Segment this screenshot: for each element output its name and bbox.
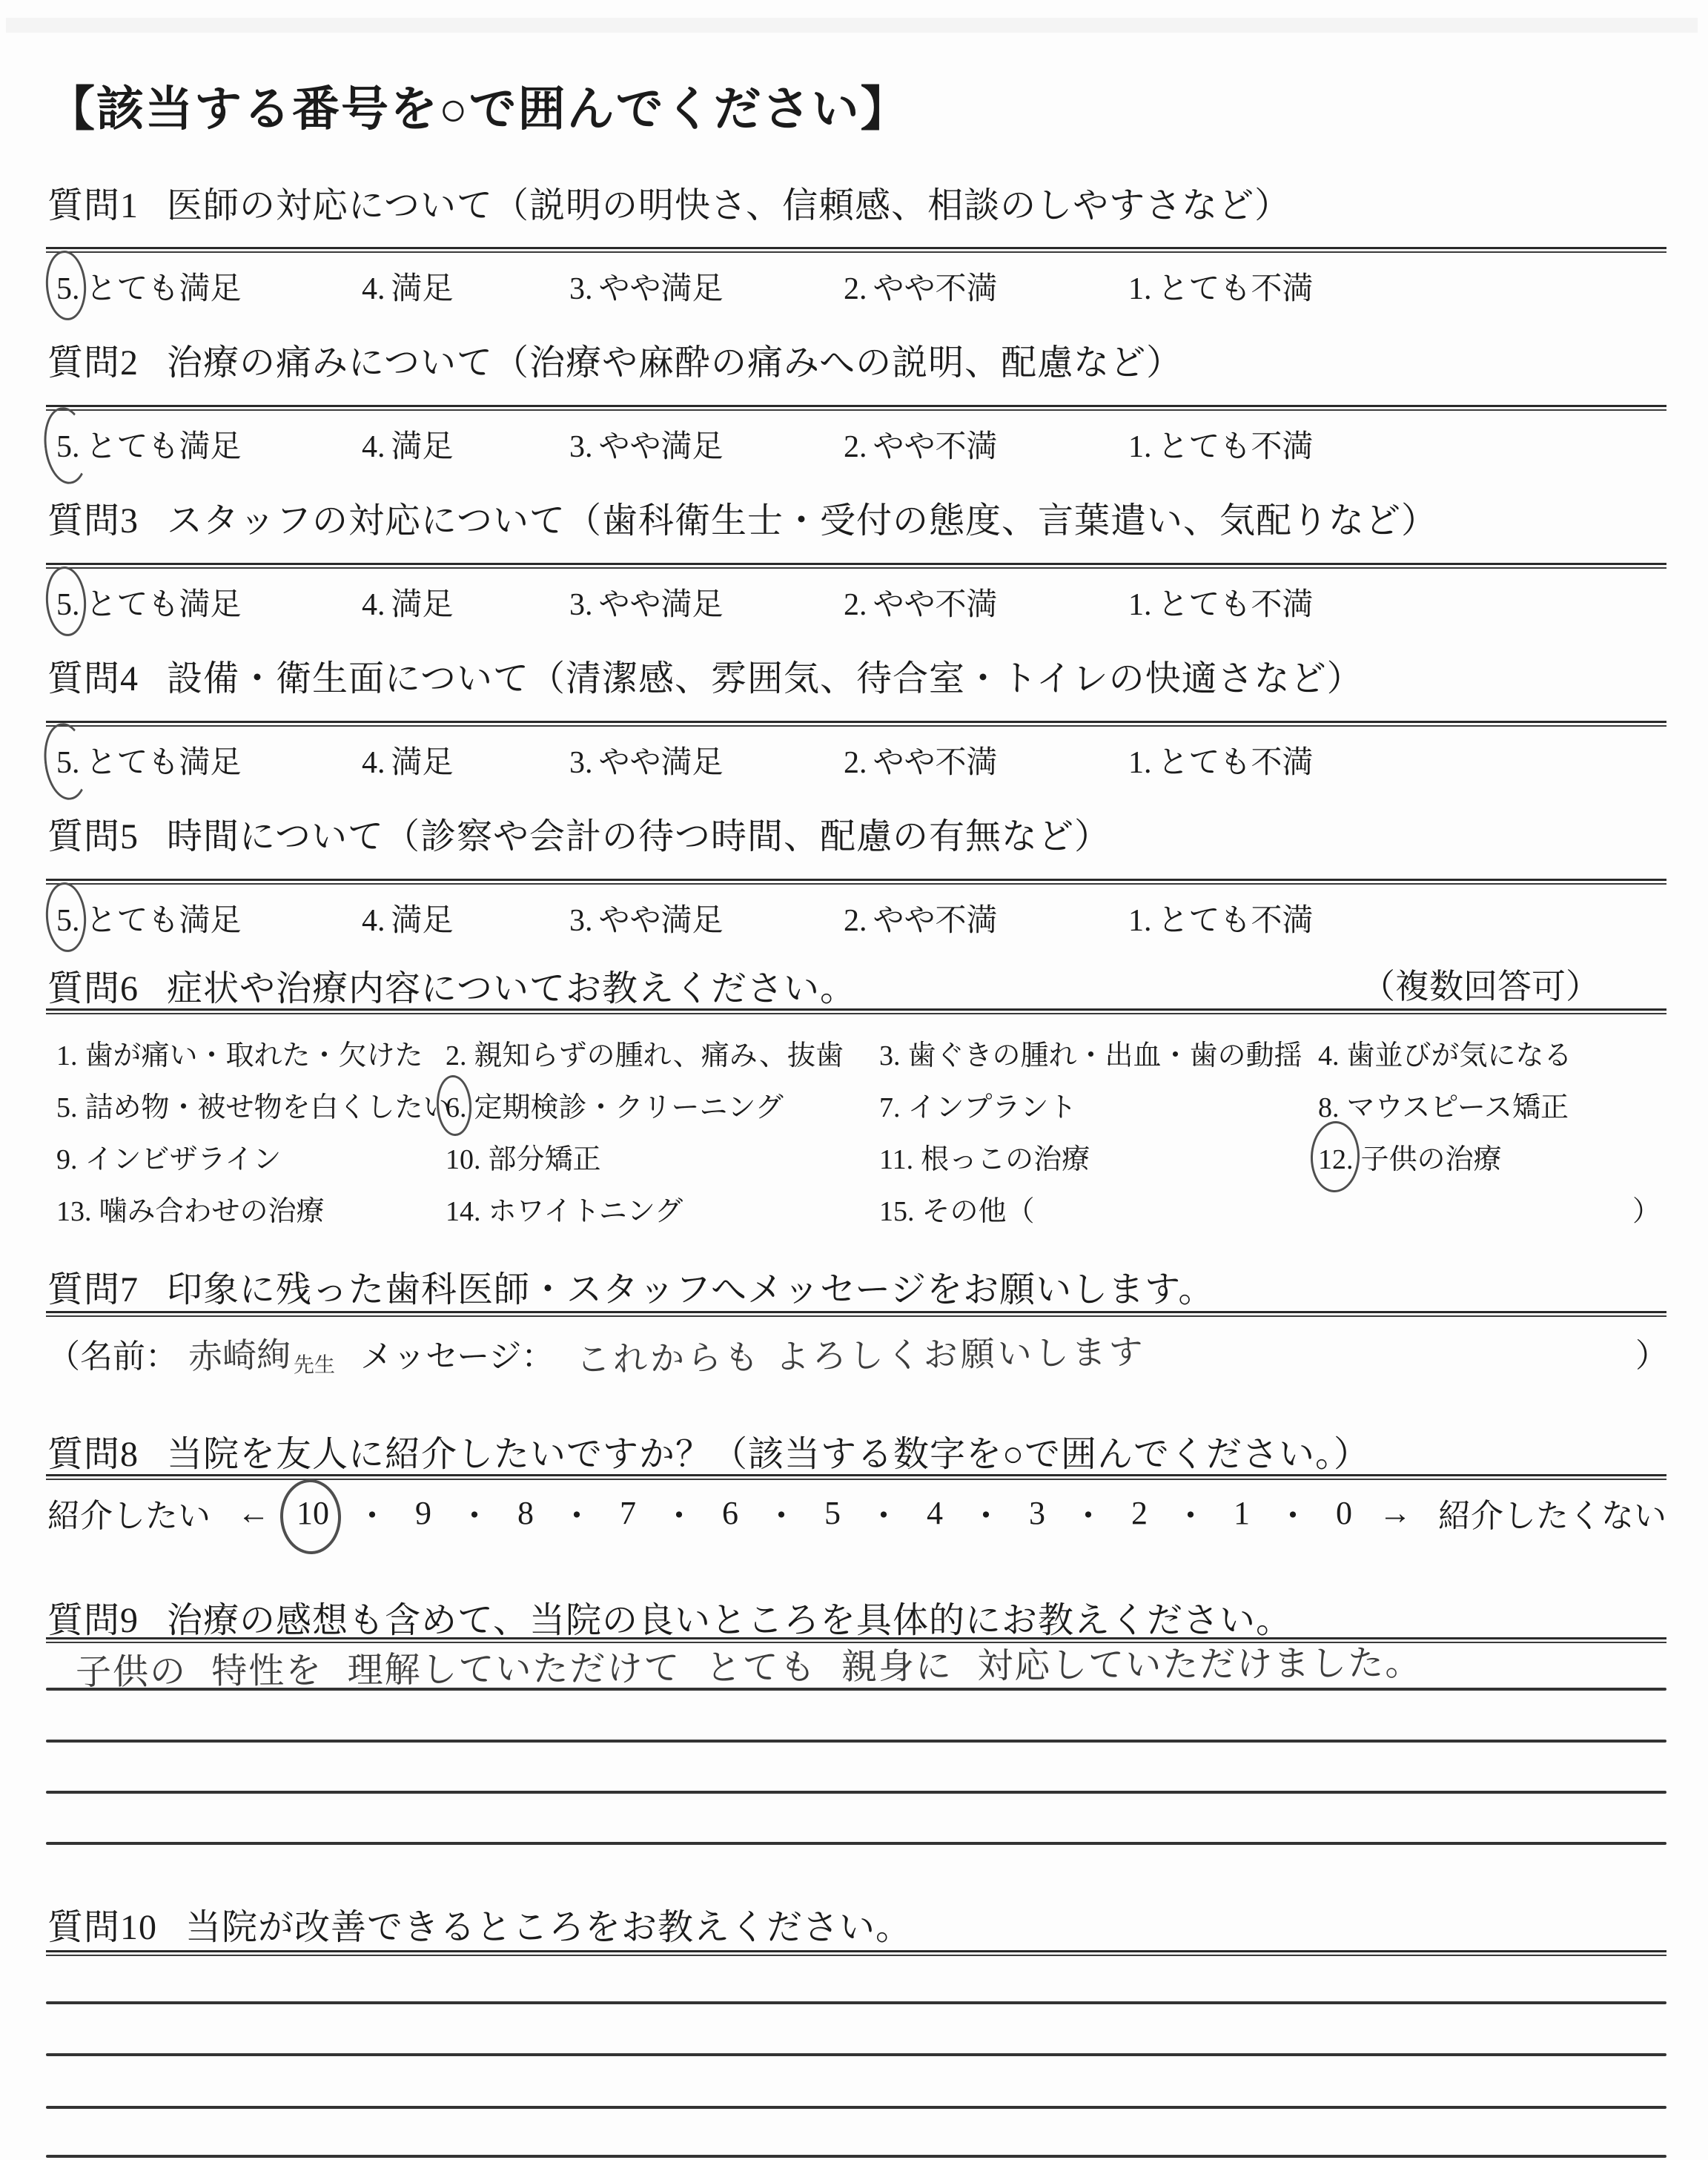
q5-heading: 質問5時間について（診察や会計の待つ時間、配慮の有無など）: [47, 807, 1110, 859]
q6-items-row3: 9.インビザライン 10.部分矯正 11.根っこの治療 12.子供の治療: [56, 1136, 1665, 1177]
option-label: 満足: [391, 746, 454, 780]
q7-rule: [46, 1311, 1666, 1317]
q9-answer-handwriting: 子供の 特性を 理解していただけて とても 親身に 対応していただけました。: [76, 1634, 1423, 1695]
q8-scale-6: 6: [722, 1494, 738, 1532]
option-label: とても満足: [86, 588, 242, 622]
q5-rule: [46, 879, 1666, 885]
q6-items-row2: 5.詰め物・被せ物を白くしたい 6.定期検診・クリーニング 7.インプラント 8…: [56, 1084, 1665, 1125]
q7-answer-row: （名前：赤崎絢先生メッセージ：これからも よろしくお願いします ）: [47, 1329, 1668, 1378]
item-number: 13.: [56, 1196, 92, 1227]
item-number: 14.: [446, 1196, 481, 1227]
option-number: 3.: [569, 746, 593, 780]
item-label: 噛み合わせの治療: [99, 1196, 325, 1227]
option-1: 1.とても不満: [1128, 264, 1665, 308]
dot-separator: ・: [356, 1489, 388, 1536]
option-5: 5.とても満足: [56, 422, 362, 466]
q3-text: スタッフの対応について（歯科衛生士・受付の態度、言葉遣い、気配りなど）: [167, 501, 1437, 541]
option-number: 2.: [844, 746, 867, 780]
q7-close-paren: ）: [1635, 1329, 1668, 1376]
q7-message-handwriting: これからも よろしくお願いします: [576, 1325, 1146, 1382]
item-label: 歯並びが気になる: [1347, 1040, 1572, 1071]
option-5: 5.とても満足: [56, 580, 362, 624]
option-label: とても満足: [86, 746, 242, 780]
q6-number: 質問6: [47, 969, 139, 1008]
item-number: 5.: [56, 1092, 78, 1123]
option-3: 3.やや満足: [569, 422, 844, 466]
option-3: 3.やや満足: [569, 264, 844, 308]
q5-options: 5.とても満足 4.満足 3.やや満足 2.やや不満 1.とても不満: [56, 896, 1665, 940]
option-label: とても満足: [86, 430, 242, 464]
q10-text: 当院が改善できるところをお教えください。: [185, 1908, 912, 1947]
option-number: 4.: [362, 746, 385, 780]
option-label: とても不満: [1158, 430, 1314, 464]
option-label: とても不満: [1158, 746, 1314, 780]
q2-text: 治療の痛みについて（治療や麻酔の痛みへの説明、配慮など）: [167, 343, 1182, 383]
item-number: 10.: [446, 1144, 481, 1175]
answer-line: [46, 1740, 1666, 1743]
q2-heading: 質問2治療の痛みについて（治療や麻酔の痛みへの説明、配慮など）: [47, 334, 1182, 385]
item-label: インビザライン: [85, 1144, 282, 1175]
q9-heading: 質問9治療の感想も含めて、当院の良いところを具体的にお教えください。: [47, 1591, 1292, 1642]
option-label: とても不満: [1158, 588, 1314, 622]
q7-message-label: メッセージ：: [360, 1338, 554, 1375]
option-4: 4.満足: [362, 580, 569, 624]
option-label: やや不満: [873, 904, 998, 938]
option-label: 満足: [391, 430, 454, 464]
q7-name-handwriting: 赤崎絢: [188, 1327, 291, 1379]
q1-text: 医師の対応について（説明の明快さ、信頼感、相談のしやすさなど）: [167, 186, 1291, 225]
q2-options: 5.とても満足 4.満足 3.やや満足 2.やや不満 1.とても不満: [56, 422, 1665, 466]
option-1: 1.とても不満: [1128, 580, 1665, 624]
option-number: 1.: [1128, 430, 1152, 464]
answer-line: [46, 2001, 1666, 2004]
item-label: 詰め物・被せ物を白くしたい: [85, 1092, 451, 1123]
q2-number: 質問2: [47, 343, 139, 383]
item-label: 歯ぐきの腫れ・出血・歯の動揺: [908, 1040, 1302, 1071]
answer-line: [46, 2053, 1666, 2056]
form-title: 【該当する番号を○で囲んでください】: [47, 71, 910, 139]
option-4: 4.満足: [362, 264, 569, 308]
item-number: 3.: [879, 1040, 901, 1071]
dot-separator: ・: [970, 1489, 1002, 1536]
item-number: 7.: [879, 1092, 901, 1123]
q4-text: 設備・衛生面について（清潔感、雰囲気、待合室・トイレの快適さなど）: [167, 659, 1363, 698]
q7-heading: 質問7印象に残った歯科医師・スタッフへメッセージをお願いします。: [47, 1261, 1214, 1312]
option-3: 3.やや満足: [569, 580, 844, 624]
answer-line: [46, 2155, 1666, 2158]
option-number: 2.: [844, 272, 867, 306]
q6-text: 症状や治療内容についてお教えください。: [167, 969, 856, 1008]
dot-separator: ・: [867, 1489, 900, 1536]
circled-number: 5.: [56, 745, 80, 781]
answer-line: [46, 1842, 1666, 1845]
item-label: インプラント: [908, 1092, 1077, 1123]
q6-item-2: 2.親知らずの腫れ、痛み、抜歯: [446, 1032, 879, 1073]
option-label: やや満足: [599, 746, 724, 780]
option-2: 2.やや不満: [844, 422, 1128, 466]
q8-scale-4: 4: [927, 1494, 943, 1532]
q3-rule: [46, 563, 1666, 569]
item-number: 11.: [879, 1144, 913, 1175]
q6-item-7: 7.インプラント: [879, 1084, 1318, 1125]
q8-scale-8: 8: [517, 1494, 534, 1532]
survey-form-page: 【該当する番号を○で囲んでください】 質問1医師の対応について（説明の明快さ、信…: [0, 0, 1708, 2160]
q6-item-6: 6.定期検診・クリーニング: [446, 1084, 879, 1125]
q3-heading: 質問3スタッフの対応について（歯科衛生士・受付の態度、言葉遣い、気配りなど）: [47, 492, 1437, 543]
q8-text: 当院を友人に紹介したいですか？（該当する数字を○で囲んでください。）: [167, 1435, 1370, 1474]
dot-separator: ・: [765, 1489, 798, 1536]
item-label: 部分矯正: [489, 1144, 601, 1175]
item-label: 子供の治療: [1361, 1144, 1502, 1175]
q9-number: 質問9: [47, 1601, 139, 1640]
q2-rule: [46, 405, 1666, 411]
option-number: 3.: [569, 588, 593, 622]
q6-other-close-paren: ）: [1632, 1188, 1661, 1229]
item-number: 1.: [56, 1040, 78, 1071]
answer-line: [46, 2106, 1666, 2109]
option-label: とても不満: [1158, 272, 1314, 306]
q8-scale-0: 0: [1336, 1494, 1352, 1532]
option-label: やや不満: [873, 746, 998, 780]
q6-items-row1: 1.歯が痛い・取れた・欠けた 2.親知らずの腫れ、痛み、抜歯 3.歯ぐきの腫れ・…: [56, 1032, 1665, 1073]
option-4: 4.満足: [362, 738, 569, 782]
dot-separator: ・: [1072, 1489, 1105, 1536]
option-number: 1.: [1128, 588, 1152, 622]
q6-item-14: 14.ホワイトニング: [446, 1188, 879, 1229]
q8-scale-3: 3: [1029, 1494, 1045, 1532]
option-1: 1.とても不満: [1128, 738, 1665, 782]
circled-number: 5.: [56, 903, 80, 939]
dot-separator: ・: [663, 1489, 695, 1536]
q8-right-label: 紹介したくない: [1438, 1489, 1666, 1536]
q6-note: （複数回答可）: [1361, 960, 1600, 1008]
q9-text: 治療の感想も含めて、当院の良いところを具体的にお教えください。: [167, 1601, 1292, 1640]
option-5: 5.とても満足: [56, 264, 362, 308]
circled-number: 5.: [56, 587, 80, 623]
scan-artifact: [6, 18, 1698, 33]
answer-line: [46, 1688, 1666, 1691]
option-number: 3.: [569, 430, 593, 464]
dot-separator: ・: [1174, 1489, 1207, 1536]
option-label: やや満足: [599, 430, 724, 464]
option-5: 5.とても満足: [56, 896, 362, 940]
item-label: マウスピース矯正: [1347, 1092, 1569, 1123]
q8-scale-row: 紹介したい ← 10 ・ 9 ・ 8 ・ 7 ・ 6 ・ 5 ・ 4 ・ 3 ・…: [47, 1489, 1666, 1536]
option-number: 2.: [844, 588, 867, 622]
right-arrow-icon: →: [1379, 1494, 1411, 1532]
dot-separator: ・: [458, 1489, 491, 1536]
item-number: 4.: [1318, 1040, 1340, 1071]
option-2: 2.やや不満: [844, 896, 1128, 940]
q6-item-11: 11.根っこの治療: [879, 1136, 1318, 1177]
q6-items-row4: 13.噛み合わせの治療 14.ホワイトニング 15.その他（ ）: [56, 1188, 1665, 1229]
option-label: とても不満: [1158, 904, 1314, 938]
option-number: 2.: [844, 904, 867, 938]
circled-number: 10: [297, 1494, 329, 1532]
option-label: やや不満: [873, 272, 998, 306]
q8-scale-2: 2: [1131, 1494, 1148, 1532]
q4-options: 5.とても満足 4.満足 3.やや満足 2.やや不満 1.とても不満: [56, 738, 1665, 782]
q8-scale-1: 1: [1234, 1494, 1250, 1532]
circled-number: 12.: [1318, 1143, 1354, 1176]
q10-rule: [46, 1950, 1666, 1956]
option-1: 1.とても不満: [1128, 422, 1665, 466]
option-number: 4.: [362, 588, 385, 622]
q6-item-3: 3.歯ぐきの腫れ・出血・歯の動揺: [879, 1032, 1318, 1073]
q1-rule: [46, 247, 1666, 253]
option-5: 5.とても満足: [56, 738, 362, 782]
option-number: 1.: [1128, 904, 1152, 938]
q5-number: 質問5: [47, 817, 139, 856]
q1-options: 5.とても満足 4.満足 3.やや満足 2.やや不満 1.とても不満: [56, 264, 1665, 308]
q6-item-10: 10.部分矯正: [446, 1136, 879, 1177]
option-number: 4.: [362, 272, 385, 306]
option-number: 4.: [362, 430, 385, 464]
q6-rule: [46, 1008, 1666, 1014]
option-4: 4.満足: [362, 422, 569, 466]
option-1: 1.とても不満: [1128, 896, 1665, 940]
option-label: とても満足: [86, 272, 242, 306]
dot-separator: ・: [560, 1489, 593, 1536]
option-number: 1.: [1128, 746, 1152, 780]
option-label: 満足: [391, 272, 454, 306]
option-label: やや不満: [873, 588, 998, 622]
item-label: ホワイトニング: [489, 1196, 683, 1227]
option-4: 4.満足: [362, 896, 569, 940]
option-3: 3.やや満足: [569, 896, 844, 940]
option-3: 3.やや満足: [569, 738, 844, 782]
q6-heading: 質問6症状や治療内容についてお教えください。: [47, 960, 856, 1011]
q7-number: 質問7: [47, 1270, 139, 1309]
q8-scale-7: 7: [620, 1494, 636, 1532]
left-arrow-icon: ←: [237, 1494, 270, 1532]
item-label: その他（: [922, 1196, 1035, 1227]
option-label: やや不満: [873, 430, 998, 464]
item-number: 9.: [56, 1144, 78, 1175]
item-number: 8.: [1318, 1092, 1340, 1123]
q8-heading: 質問8当院を友人に紹介したいですか？（該当する数字を○で囲んでください。）: [47, 1425, 1370, 1476]
q8-number: 質問8: [47, 1435, 139, 1474]
option-number: 2.: [844, 430, 867, 464]
q4-rule: [46, 721, 1666, 727]
dot-separator: ・: [1277, 1489, 1309, 1536]
q6-item-15: 15.その他（: [879, 1188, 1318, 1229]
circled-number: 5.: [56, 429, 80, 465]
q7-name-suffix-handwriting: 先生: [294, 1353, 335, 1377]
q6-item-4: 4.歯並びが気になる: [1318, 1032, 1665, 1073]
circled-number: 6.: [446, 1091, 467, 1124]
option-label: やや満足: [599, 272, 724, 306]
option-number: 4.: [362, 904, 385, 938]
q1-number: 質問1: [47, 186, 139, 225]
option-number: 3.: [569, 272, 593, 306]
item-label: 根っこの治療: [921, 1144, 1090, 1175]
option-number: 1.: [1128, 272, 1152, 306]
q7-name-label: （名前：: [47, 1338, 178, 1375]
q6-item-13: 13.噛み合わせの治療: [56, 1188, 446, 1229]
q10-number: 質問10: [47, 1908, 157, 1947]
q6-item-9: 9.インビザライン: [56, 1136, 446, 1177]
circled-number: 5.: [56, 271, 80, 307]
item-label: 歯が痛い・取れた・欠けた: [85, 1040, 423, 1071]
option-label: 満足: [391, 904, 454, 938]
q6-item-1: 1.歯が痛い・取れた・欠けた: [56, 1032, 446, 1073]
option-label: やや満足: [599, 904, 724, 938]
item-label: 定期検診・クリーニング: [474, 1092, 784, 1123]
q6-item-12: 12.子供の治療: [1318, 1136, 1665, 1177]
q6-item-8: 8.マウスピース矯正: [1318, 1084, 1665, 1125]
option-2: 2.やや不満: [844, 580, 1128, 624]
q8-scale-5: 5: [824, 1494, 841, 1532]
q3-options: 5.とても満足 4.満足 3.やや満足 2.やや不満 1.とても不満: [56, 580, 1665, 624]
q1-heading: 質問1医師の対応について（説明の明快さ、信頼感、相談のしやすさなど）: [47, 176, 1291, 228]
q7-text: 印象に残った歯科医師・スタッフへメッセージをお願いします。: [167, 1270, 1214, 1309]
option-2: 2.やや不満: [844, 738, 1128, 782]
option-label: やや満足: [599, 588, 724, 622]
q3-number: 質問3: [47, 501, 139, 541]
q4-heading: 質問4設備・衛生面について（清潔感、雰囲気、待合室・トイレの快適さなど）: [47, 650, 1363, 701]
option-2: 2.やや不満: [844, 264, 1128, 308]
q10-heading: 質問10当院が改善できるところをお教えください。: [47, 1898, 912, 1949]
q6-item-5: 5.詰め物・被せ物を白くしたい: [56, 1084, 446, 1125]
answer-line: [46, 1791, 1666, 1794]
option-label: とても満足: [86, 904, 242, 938]
q5-text: 時間について（診察や会計の待つ時間、配慮の有無など）: [167, 817, 1110, 856]
item-number: 15.: [879, 1196, 915, 1227]
option-label: 満足: [391, 588, 454, 622]
q8-rule: [46, 1474, 1666, 1480]
q4-number: 質問4: [47, 659, 139, 698]
q8-scale-9: 9: [415, 1494, 431, 1532]
item-label: 親知らずの腫れ、痛み、抜歯: [474, 1040, 844, 1071]
q8-left-label: 紹介したい: [47, 1489, 211, 1536]
item-number: 2.: [446, 1040, 467, 1071]
option-number: 3.: [569, 904, 593, 938]
